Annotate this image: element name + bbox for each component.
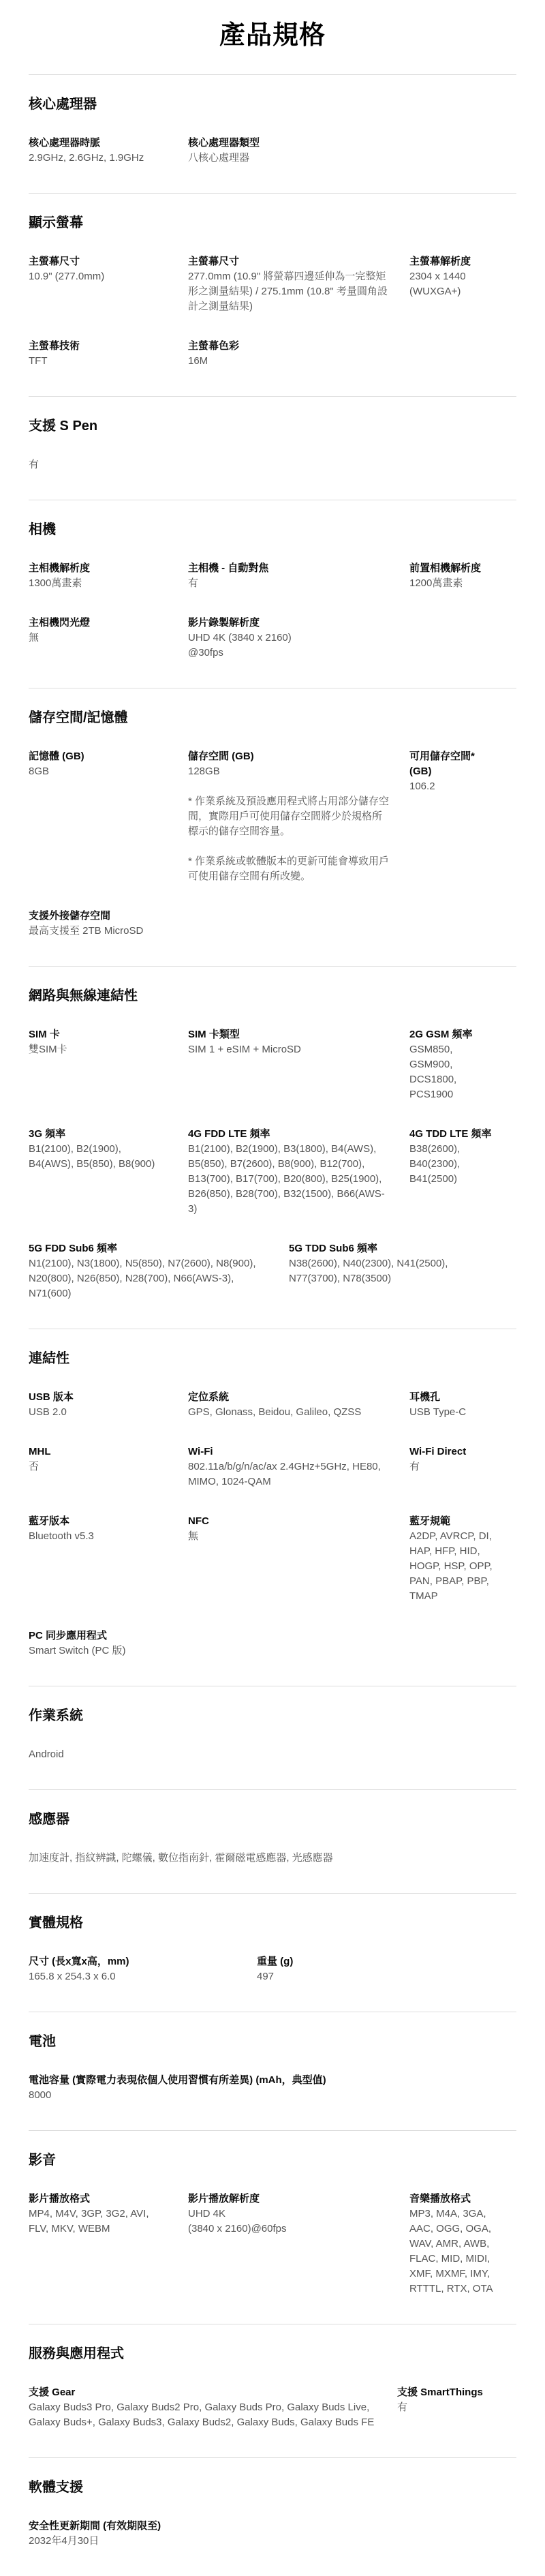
spec-value: 否: [29, 1459, 169, 1474]
spec-label: 藍牙規範: [409, 1514, 497, 1529]
spec-cell: 耳機孔USB Type-C: [409, 1390, 516, 1420]
spec-cell: 藍牙版本Bluetooth v5.3: [29, 1514, 188, 1604]
spec-cell: 支援外接儲存空間最高支援至 2TB MicroSD: [29, 909, 516, 939]
spec-cell: MHL否: [29, 1444, 188, 1489]
section-title: 連結性: [29, 1347, 516, 1367]
spec-label: Wi-Fi: [188, 1444, 390, 1459]
spec-section: 儲存空間/記憶體記憶體 (GB)8GB儲存空間 (GB)128GB* 作業系統及…: [29, 688, 516, 966]
spec-label: 主螢幕解析度: [409, 254, 497, 269]
spec-label: 定位系統: [188, 1390, 390, 1405]
spec-row: 影片播放格式MP4, M4V, 3GP, 3G2, AVI, FLV, MKV,…: [29, 2192, 516, 2297]
spec-row: 支援外接儲存空間最高支援至 2TB MicroSD: [29, 909, 516, 939]
spec-cell: 4G TDD LTE 頻率B38(2600), B40(2300), B41(2…: [409, 1127, 516, 1217]
spec-cell: 主螢幕解析度2304 x 1440 (WUXGA+): [409, 254, 516, 314]
spec-cell: SIM 卡雙SIM卡: [29, 1027, 188, 1102]
spec-row: MHL否Wi-Fi802.11a/b/g/n/ac/ax 2.4GHz+5GHz…: [29, 1444, 516, 1489]
spec-cell: 支援 GearGalaxy Buds3 Pro, Galaxy Buds2 Pr…: [29, 2385, 397, 2430]
page-title: 產品規格: [29, 0, 516, 74]
spec-label: 支援 Gear: [29, 2385, 378, 2400]
spec-cell: 可用儲存空間* (GB)106.2: [409, 749, 516, 884]
spec-section: 連結性USB 版本USB 2.0定位系統GPS, Glonass, Beidou…: [29, 1329, 516, 1686]
section-title: 儲存空間/記憶體: [29, 706, 516, 726]
spec-label: 5G TDD Sub6 頻率: [289, 1241, 497, 1256]
spec-section: 軟體支援安全性更新期間 (有效期限至)2032年4月30日: [29, 2457, 516, 2576]
spec-label: 4G FDD LTE 頻率: [188, 1127, 390, 1142]
spec-value: 277.0mm (10.9" 將螢幕四邊延伸為一完整矩形之測量結果) / 275…: [188, 269, 390, 314]
spec-label: 支援 SmartThings: [397, 2385, 497, 2400]
section-title: 軟體支援: [29, 2476, 516, 2496]
spec-value: 無: [29, 631, 169, 646]
spec-value: UHD 4K: [188, 2207, 390, 2222]
spec-cell: 安全性更新期間 (有效期限至)2032年4月30日: [29, 2519, 516, 2549]
spec-row: 3G 頻率B1(2100), B2(1900), B4(AWS), B5(850…: [29, 1127, 516, 1217]
spec-row: 主螢幕尺寸10.9" (277.0mm)主螢幕尺寸277.0mm (10.9" …: [29, 254, 516, 314]
spec-value: USB 2.0: [29, 1405, 169, 1420]
spec-cell: 主相機 - 自動對焦有: [188, 561, 409, 591]
spec-label: USB 版本: [29, 1390, 169, 1405]
spec-row: PC 同步應用程式Smart Switch (PC 版): [29, 1628, 516, 1658]
spec-cell: Android: [29, 1747, 516, 1762]
spec-label: 主螢幕色彩: [188, 339, 390, 354]
spec-cell: 4G FDD LTE 頻率B1(2100), B2(1900), B3(1800…: [188, 1127, 409, 1217]
spec-label: PC 同步應用程式: [29, 1628, 497, 1643]
spec-cell: 記憶體 (GB)8GB: [29, 749, 188, 884]
spec-label: 主相機 - 自動對焦: [188, 561, 390, 576]
spec-value: 1300萬畫素: [29, 576, 169, 591]
section-title: 核心處理器: [29, 93, 516, 112]
spec-cell: 5G FDD Sub6 頻率N1(2100), N3(1800), N5(850…: [29, 1241, 289, 1301]
spec-value: 1200萬畫素: [409, 576, 497, 591]
spec-row: 加速度計, 指紋辨識, 陀螺儀, 數位指南針, 霍爾磁電感應器, 光感應器: [29, 1851, 516, 1866]
spec-section: 相機主相機解析度1300萬畫素主相機 - 自動對焦有前置相機解析度1200萬畫素…: [29, 500, 516, 688]
spec-row: 主相機解析度1300萬畫素主相機 - 自動對焦有前置相機解析度1200萬畫素: [29, 561, 516, 591]
spec-section: 電池電池容量 (實際電力表現依個人使用習慣有所差異) (mAh，典型值)8000: [29, 2012, 516, 2130]
spec-value: Bluetooth v5.3: [29, 1529, 169, 1544]
spec-cell: 主螢幕尺寸10.9" (277.0mm): [29, 254, 188, 314]
spec-label: 重量 (g): [257, 1954, 497, 1969]
spec-cell: Wi-Fi Direct有: [409, 1444, 516, 1489]
spec-value: 八核心處理器: [188, 151, 390, 166]
spec-cell: 前置相機解析度1200萬畫素: [409, 561, 516, 591]
section-title: 作業系統: [29, 1704, 516, 1724]
spec-value: 2.9GHz, 2.6GHz, 1.9GHz: [29, 151, 169, 166]
spec-value: B1(2100), B2(1900), B3(1800), B4(AWS), B…: [188, 1142, 390, 1217]
spec-value: USB Type-C: [409, 1405, 497, 1420]
spec-section: 服務與應用程式支援 GearGalaxy Buds3 Pro, Galaxy B…: [29, 2324, 516, 2457]
spec-label: 主相機閃光燈: [29, 616, 169, 631]
spec-value: (3840 x 2160)@60fps: [188, 2222, 390, 2237]
spec-cell: 2G GSM 頻率GSM850, GSM900, DCS1800, PCS190…: [409, 1027, 516, 1102]
spec-value: 802.11a/b/g/n/ac/ax 2.4GHz+5GHz, HE80, M…: [188, 1459, 390, 1489]
spec-cell: 核心處理器類型八核心處理器: [188, 136, 409, 166]
spec-row: 支援 GearGalaxy Buds3 Pro, Galaxy Buds2 Pr…: [29, 2385, 516, 2430]
spec-cell: 電池容量 (實際電力表現依個人使用習慣有所差異) (mAh，典型值)8000: [29, 2073, 516, 2103]
spec-cell: 主螢幕尺寸277.0mm (10.9" 將螢幕四邊延伸為一完整矩形之測量結果) …: [188, 254, 409, 314]
spec-value: 2304 x 1440 (WUXGA+): [409, 269, 497, 299]
spec-value: 無: [188, 1529, 390, 1544]
spec-section: 核心處理器核心處理器時脈2.9GHz, 2.6GHz, 1.9GHz核心處理器類…: [29, 74, 516, 193]
spec-label: MHL: [29, 1444, 169, 1459]
spec-value: B38(2600), B40(2300), B41(2500): [409, 1142, 497, 1187]
spec-label: 2G GSM 頻率: [409, 1027, 497, 1042]
spec-value: TFT: [29, 354, 169, 369]
spec-row: Android: [29, 1747, 516, 1762]
spec-value: MP4, M4V, 3GP, 3G2, AVI, FLV, MKV, WEBM: [29, 2207, 169, 2237]
spec-section: 作業系統Android: [29, 1686, 516, 1789]
spec-row: 安全性更新期間 (有效期限至)2032年4月30日: [29, 2519, 516, 2549]
spec-cell: 有: [29, 457, 516, 472]
spec-cell: 核心處理器時脈2.9GHz, 2.6GHz, 1.9GHz: [29, 136, 188, 166]
spec-label: 耳機孔: [409, 1390, 497, 1405]
spec-label: SIM 卡: [29, 1027, 169, 1042]
spec-row: 主螢幕技術TFT主螢幕色彩16M: [29, 339, 516, 369]
spec-cell: 影片播放解析度UHD 4K(3840 x 2160)@60fps: [188, 2192, 409, 2297]
spec-cell: 加速度計, 指紋辨識, 陀螺儀, 數位指南針, 霍爾磁電感應器, 光感應器: [29, 1851, 516, 1866]
spec-label: 前置相機解析度: [409, 561, 497, 576]
spec-cell: NFC無: [188, 1514, 409, 1604]
spec-value: 2032年4月30日: [29, 2534, 497, 2549]
spec-label: 5G FDD Sub6 頻率: [29, 1241, 270, 1256]
section-title: 感應器: [29, 1808, 516, 1828]
spec-cell: 影片錄製解析度UHD 4K (3840 x 2160)@30fps: [188, 616, 409, 661]
spec-page: 產品規格 核心處理器核心處理器時脈2.9GHz, 2.6GHz, 1.9GHz核…: [0, 0, 545, 2576]
spec-value: 8000: [29, 2088, 497, 2103]
spec-value: GSM850, GSM900, DCS1800, PCS1900: [409, 1042, 497, 1102]
spec-value: MP3, M4A, 3GA, AAC, OGG, OGA, WAV, AMR, …: [409, 2207, 497, 2297]
spec-section: 感應器加速度計, 指紋辨識, 陀螺儀, 數位指南針, 霍爾磁電感應器, 光感應器: [29, 1789, 516, 1893]
spec-label: 記憶體 (GB): [29, 749, 169, 764]
spec-row: 電池容量 (實際電力表現依個人使用習慣有所差異) (mAh，典型值)8000: [29, 2073, 516, 2103]
spec-cell: 音樂播放格式MP3, M4A, 3GA, AAC, OGG, OGA, WAV,…: [409, 2192, 516, 2297]
spec-cell: 主螢幕色彩16M: [188, 339, 409, 369]
spec-value: Galaxy Buds3 Pro, Galaxy Buds2 Pro, Gala…: [29, 2400, 378, 2430]
spec-cell: 主相機閃光燈無: [29, 616, 188, 661]
spec-label: 藍牙版本: [29, 1514, 169, 1529]
spec-label: 主螢幕技術: [29, 339, 169, 354]
spec-label: 安全性更新期間 (有效期限至): [29, 2519, 497, 2534]
spec-label: 4G TDD LTE 頻率: [409, 1127, 497, 1142]
spec-section: 實體規格尺寸 (長x寬x高，mm)165.8 x 254.3 x 6.0重量 (…: [29, 1893, 516, 2012]
spec-label: 可用儲存空間* (GB): [409, 749, 497, 779]
spec-cell: SIM 卡類型SIM 1 + eSIM + MicroSD: [188, 1027, 409, 1102]
spec-value: N38(2600), N40(2300), N41(2500), N77(370…: [289, 1256, 497, 1286]
spec-label: 主螢幕尺寸: [188, 254, 390, 269]
spec-label: 核心處理器類型: [188, 136, 390, 151]
spec-label: 影片錄製解析度: [188, 616, 390, 631]
spec-value: 有: [409, 1459, 497, 1474]
spec-label: 影片播放格式: [29, 2192, 169, 2207]
spec-label: 音樂播放格式: [409, 2192, 497, 2207]
spec-value: 雙SIM卡: [29, 1042, 169, 1057]
spec-sections: 核心處理器核心處理器時脈2.9GHz, 2.6GHz, 1.9GHz核心處理器類…: [29, 74, 516, 2576]
spec-label: 儲存空間 (GB): [188, 749, 390, 764]
spec-row: 藍牙版本Bluetooth v5.3NFC無藍牙規範A2DP, AVRCP, D…: [29, 1514, 516, 1604]
section-title: 支援 S Pen: [29, 414, 516, 434]
spec-row: SIM 卡雙SIM卡SIM 卡類型SIM 1 + eSIM + MicroSD2…: [29, 1027, 516, 1102]
spec-section: 顯示螢幕主螢幕尺寸10.9" (277.0mm)主螢幕尺寸277.0mm (10…: [29, 193, 516, 396]
section-title: 實體規格: [29, 1911, 516, 1931]
spec-value: 497: [257, 1969, 497, 1984]
spec-value: 最高支援至 2TB MicroSD: [29, 924, 497, 939]
spec-cell: 主相機解析度1300萬畫素: [29, 561, 188, 591]
spec-value: 有: [397, 2400, 497, 2415]
section-title: 網路與無線連結性: [29, 984, 516, 1004]
section-title: 相機: [29, 518, 516, 538]
spec-value: 165.8 x 254.3 x 6.0: [29, 1969, 238, 1984]
spec-row: 記憶體 (GB)8GB儲存空間 (GB)128GB* 作業系統及預設應用程式將占…: [29, 749, 516, 884]
spec-cell: 主螢幕技術TFT: [29, 339, 188, 369]
spec-value: 16M: [188, 354, 390, 369]
spec-cell: 藍牙規範A2DP, AVRCP, DI, HAP, HFP, HID, HOGP…: [409, 1514, 516, 1604]
spec-value: 128GB: [188, 764, 390, 779]
spec-value: N1(2100), N3(1800), N5(850), N7(2600), N…: [29, 1256, 270, 1301]
spec-cell: 支援 SmartThings有: [397, 2385, 516, 2430]
spec-row: 尺寸 (長x寬x高，mm)165.8 x 254.3 x 6.0重量 (g)49…: [29, 1954, 516, 1984]
spec-value: GPS, Glonass, Beidou, Galileo, QZSS: [188, 1405, 390, 1420]
spec-cell: 重量 (g)497: [257, 1954, 516, 1984]
spec-label: 主相機解析度: [29, 561, 169, 576]
spec-cell: 定位系統GPS, Glonass, Beidou, Galileo, QZSS: [188, 1390, 409, 1420]
spec-value: 有: [188, 576, 390, 591]
spec-label: 主螢幕尺寸: [29, 254, 169, 269]
spec-label: 核心處理器時脈: [29, 136, 169, 151]
spec-section: 網路與無線連結性SIM 卡雙SIM卡SIM 卡類型SIM 1 + eSIM + …: [29, 966, 516, 1329]
spec-value: UHD 4K (3840 x 2160): [188, 631, 390, 646]
spec-value: SIM 1 + eSIM + MicroSD: [188, 1042, 390, 1057]
spec-cell: USB 版本USB 2.0: [29, 1390, 188, 1420]
spec-note: * 作業系統及預設應用程式將占用部分儲存空間，實際用戶可使用儲存空間將少於規格所…: [188, 794, 390, 839]
spec-label: 支援外接儲存空間: [29, 909, 497, 924]
spec-label: SIM 卡類型: [188, 1027, 390, 1042]
spec-value: 加速度計, 指紋辨識, 陀螺儀, 數位指南針, 霍爾磁電感應器, 光感應器: [29, 1851, 497, 1866]
spec-row: 有: [29, 457, 516, 472]
spec-value: B1(2100), B2(1900), B4(AWS), B5(850), B8…: [29, 1142, 169, 1172]
section-title: 顯示螢幕: [29, 211, 516, 231]
spec-value: 106.2: [409, 779, 497, 794]
spec-value: 有: [29, 457, 497, 472]
spec-cell: Wi-Fi802.11a/b/g/n/ac/ax 2.4GHz+5GHz, HE…: [188, 1444, 409, 1489]
spec-cell: 3G 頻率B1(2100), B2(1900), B4(AWS), B5(850…: [29, 1127, 188, 1217]
spec-cell: 影片播放格式MP4, M4V, 3GP, 3G2, AVI, FLV, MKV,…: [29, 2192, 188, 2297]
section-title: 影音: [29, 2149, 516, 2168]
spec-cell: PC 同步應用程式Smart Switch (PC 版): [29, 1628, 516, 1658]
spec-label: NFC: [188, 1514, 390, 1529]
spec-section: 影音影片播放格式MP4, M4V, 3GP, 3G2, AVI, FLV, MK…: [29, 2130, 516, 2324]
spec-value: A2DP, AVRCP, DI, HAP, HFP, HID, HOGP, HS…: [409, 1529, 497, 1604]
section-title: 電池: [29, 2030, 516, 2050]
spec-value: 10.9" (277.0mm): [29, 269, 169, 284]
spec-row: 主相機閃光燈無影片錄製解析度UHD 4K (3840 x 2160)@30fps: [29, 616, 516, 661]
spec-value: Android: [29, 1747, 497, 1762]
spec-label: 尺寸 (長x寬x高，mm): [29, 1954, 238, 1969]
spec-cell: 儲存空間 (GB)128GB* 作業系統及預設應用程式將占用部分儲存空間，實際用…: [188, 749, 409, 884]
spec-label: 電池容量 (實際電力表現依個人使用習慣有所差異) (mAh，典型值): [29, 2073, 497, 2088]
spec-label: 3G 頻率: [29, 1127, 169, 1142]
section-title: 服務與應用程式: [29, 2342, 516, 2362]
spec-note: * 作業系統或軟體版本的更新可能會導致用戶可使用儲存空間有所改變。: [188, 854, 390, 884]
spec-row: 核心處理器時脈2.9GHz, 2.6GHz, 1.9GHz核心處理器類型八核心處…: [29, 136, 516, 166]
spec-value: Smart Switch (PC 版): [29, 1643, 497, 1658]
spec-cell: 尺寸 (長x寬x高，mm)165.8 x 254.3 x 6.0: [29, 1954, 257, 1984]
spec-label: Wi-Fi Direct: [409, 1444, 497, 1459]
spec-row: 5G FDD Sub6 頻率N1(2100), N3(1800), N5(850…: [29, 1241, 516, 1301]
spec-label: 影片播放解析度: [188, 2192, 390, 2207]
spec-value: @30fps: [188, 646, 390, 661]
spec-value: 8GB: [29, 764, 169, 779]
spec-section: 支援 S Pen有: [29, 396, 516, 500]
spec-cell: 5G TDD Sub6 頻率N38(2600), N40(2300), N41(…: [289, 1241, 516, 1301]
spec-row: USB 版本USB 2.0定位系統GPS, Glonass, Beidou, G…: [29, 1390, 516, 1420]
